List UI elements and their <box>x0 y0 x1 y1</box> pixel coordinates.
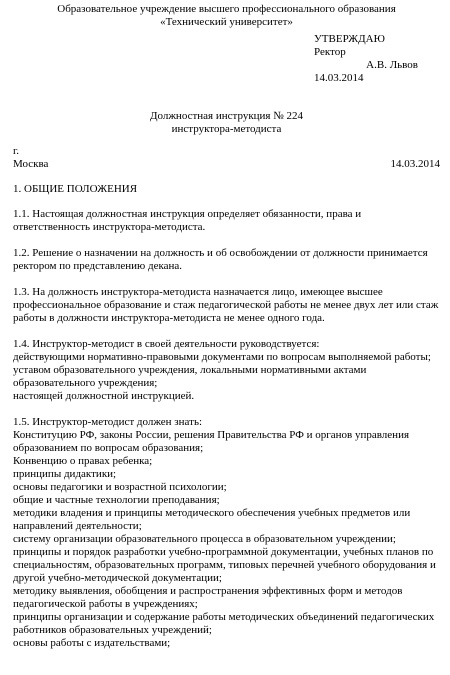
document-page: Образовательное учреждение высшего профе… <box>0 0 450 675</box>
organization-header: Образовательное учреждение высшего профе… <box>13 3 440 29</box>
document-title-line1: Должностная инструкция № 224 <box>13 110 440 123</box>
organization-name-line1: Образовательное учреждение высшего профе… <box>13 3 440 16</box>
city-block: г. Москва <box>13 145 48 171</box>
approver-position: Ректор <box>314 46 418 59</box>
city-prefix: г. <box>13 145 48 158</box>
clause-1-2: 1.2. Решение о назначении на должность и… <box>13 247 440 273</box>
approval-date: 14.03.2014 <box>314 72 418 85</box>
clause-1-4: 1.4. Инструктор-методист в своей деятель… <box>13 338 440 403</box>
document-title: Должностная инструкция № 224 инструктора… <box>13 110 440 136</box>
document-date: 14.03.2014 <box>391 158 441 171</box>
approval-block: УТВЕРЖДАЮ Ректор А.В. Львов 14.03.2014 <box>314 33 418 85</box>
clause-1-5: 1.5. Инструктор-методист должен знать: К… <box>13 416 440 650</box>
place-date-row: г. Москва 14.03.2014 <box>13 145 440 171</box>
city-name: Москва <box>13 158 48 171</box>
clause-1-1: 1.1. Настоящая должностная инструкция оп… <box>13 208 440 234</box>
organization-name-line2: «Технический университет» <box>13 16 440 29</box>
section-heading: 1. ОБЩИЕ ПОЛОЖЕНИЯ <box>13 183 440 196</box>
approver-name: А.В. Львов <box>314 59 418 72</box>
document-title-line2: инструктора-методиста <box>13 123 440 136</box>
clause-1-3: 1.3. На должность инструктора-методиста … <box>13 286 440 325</box>
approval-label: УТВЕРЖДАЮ <box>314 33 418 46</box>
